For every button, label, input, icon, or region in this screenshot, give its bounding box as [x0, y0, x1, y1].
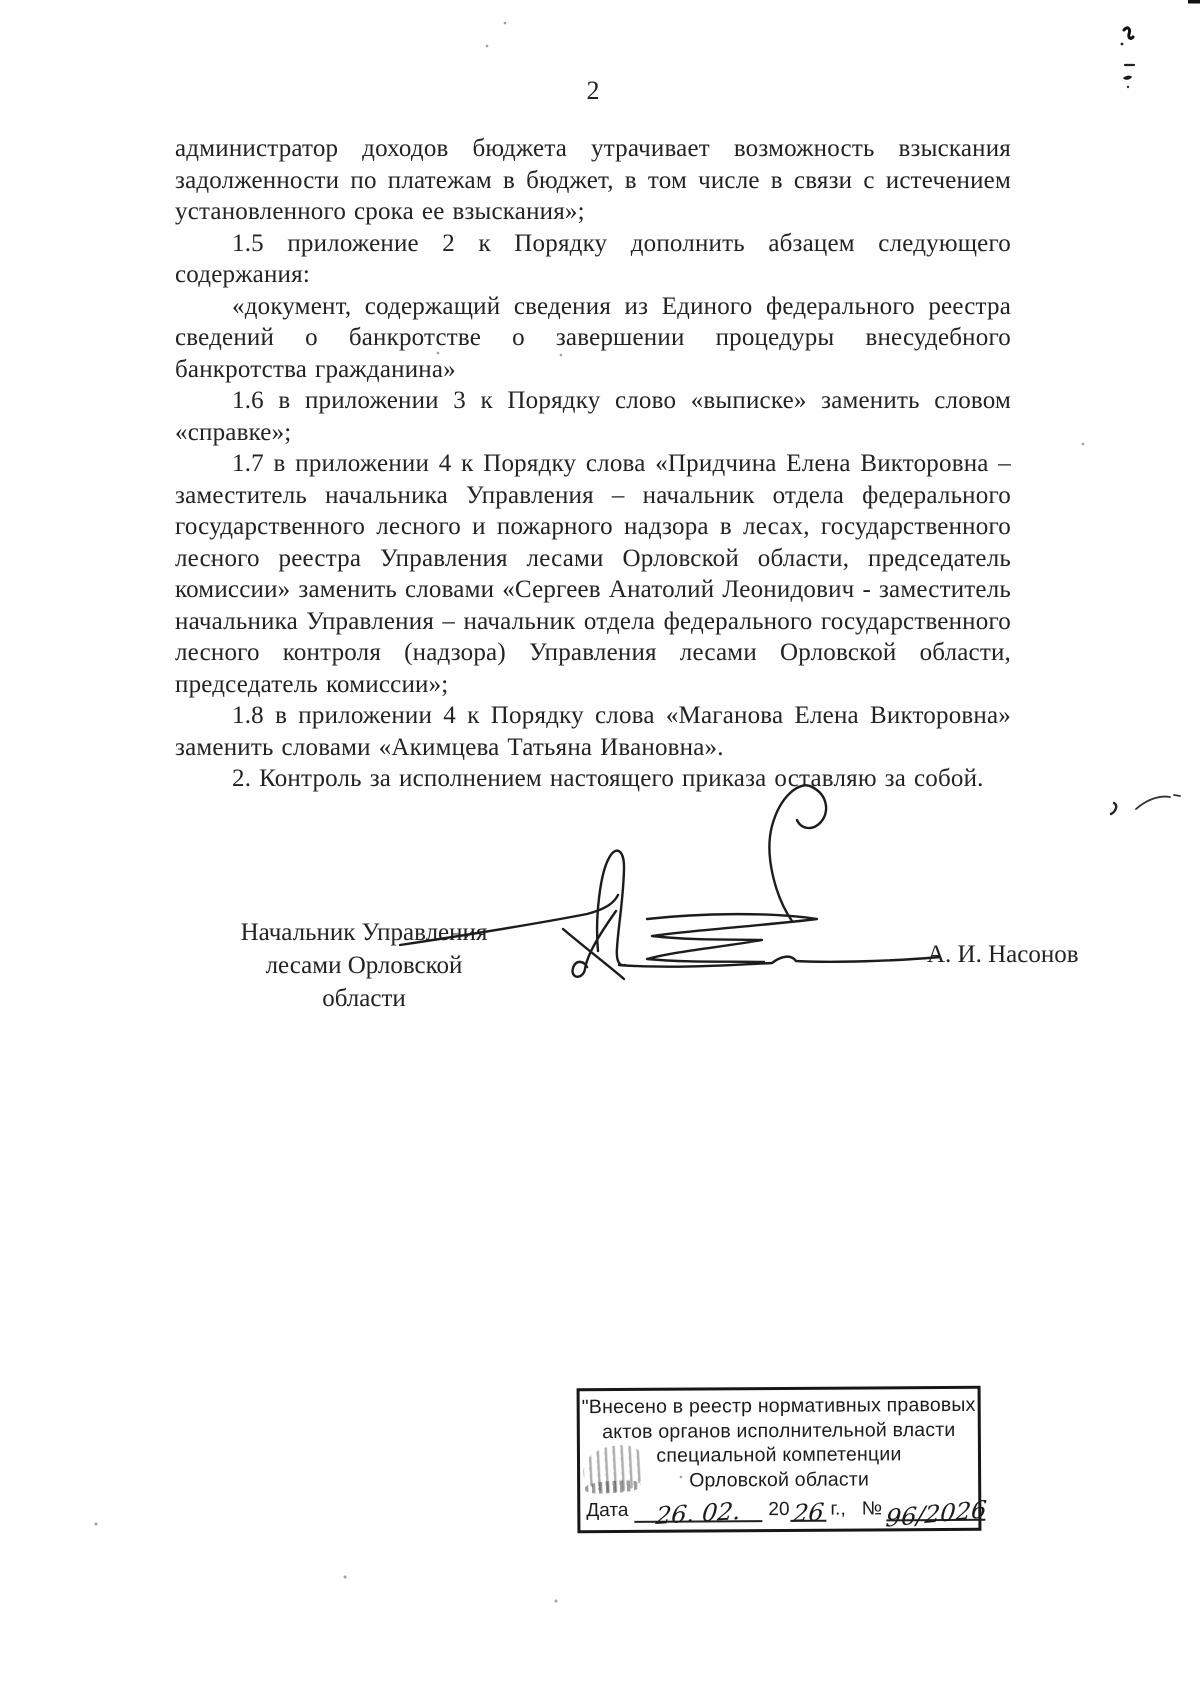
paragraph-quote: «документ, содержащий сведения из Единог… [175, 291, 1011, 386]
stamp-number-label: № [862, 1498, 883, 1521]
stamp-year-suffix: г., [830, 1499, 845, 1522]
stamp-date-row: Дата 26. 02. 20 26 г., № 96/2026 [582, 1497, 976, 1523]
signatory-name: А. И. Насонов [927, 941, 1079, 969]
paragraph-1-6: 1.6 в приложении 3 к Порядку слово «выпи… [175, 385, 1011, 448]
handwritten-signature [340, 778, 960, 1008]
document-page: 2 администратор доходов бюджета утрачива… [0, 0, 1200, 1697]
paragraph-1-5: 1.5 приложение 2 к Порядку дополнить абз… [175, 228, 1011, 291]
page-number: 2 [175, 76, 1011, 106]
stamp-date-handwriting: 26. 02. [655, 1500, 742, 1527]
stamp-date-label: Дата [586, 1500, 628, 1523]
stamp-number-blank: 96/2026 [886, 1497, 986, 1522]
stamp-text-line: "Внесено в реестр нормативных правовых [582, 1393, 976, 1420]
stamp-date-blank: 26. 02. [634, 1498, 762, 1523]
stamp-number-handwriting: 96/2026 [885, 1498, 988, 1529]
stamp-year-blank: 26 [790, 1498, 826, 1522]
paragraph-1-8: 1.8 в приложении 4 к Порядку слова «Мага… [175, 700, 1011, 763]
paragraph-continuation: администратор доходов бюджета утрачивает… [175, 133, 1011, 228]
stamp-text-line: актов органов исполнительной власти [582, 1417, 976, 1444]
paragraph-1-7: 1.7 в приложении 4 к Порядку слова «Прид… [175, 448, 1011, 700]
document-body: администратор доходов бюджета утрачивает… [175, 133, 1011, 795]
stamp-year-prefix: 20 [768, 1499, 789, 1522]
stamp-year-handwriting: 26 [792, 1501, 825, 1525]
